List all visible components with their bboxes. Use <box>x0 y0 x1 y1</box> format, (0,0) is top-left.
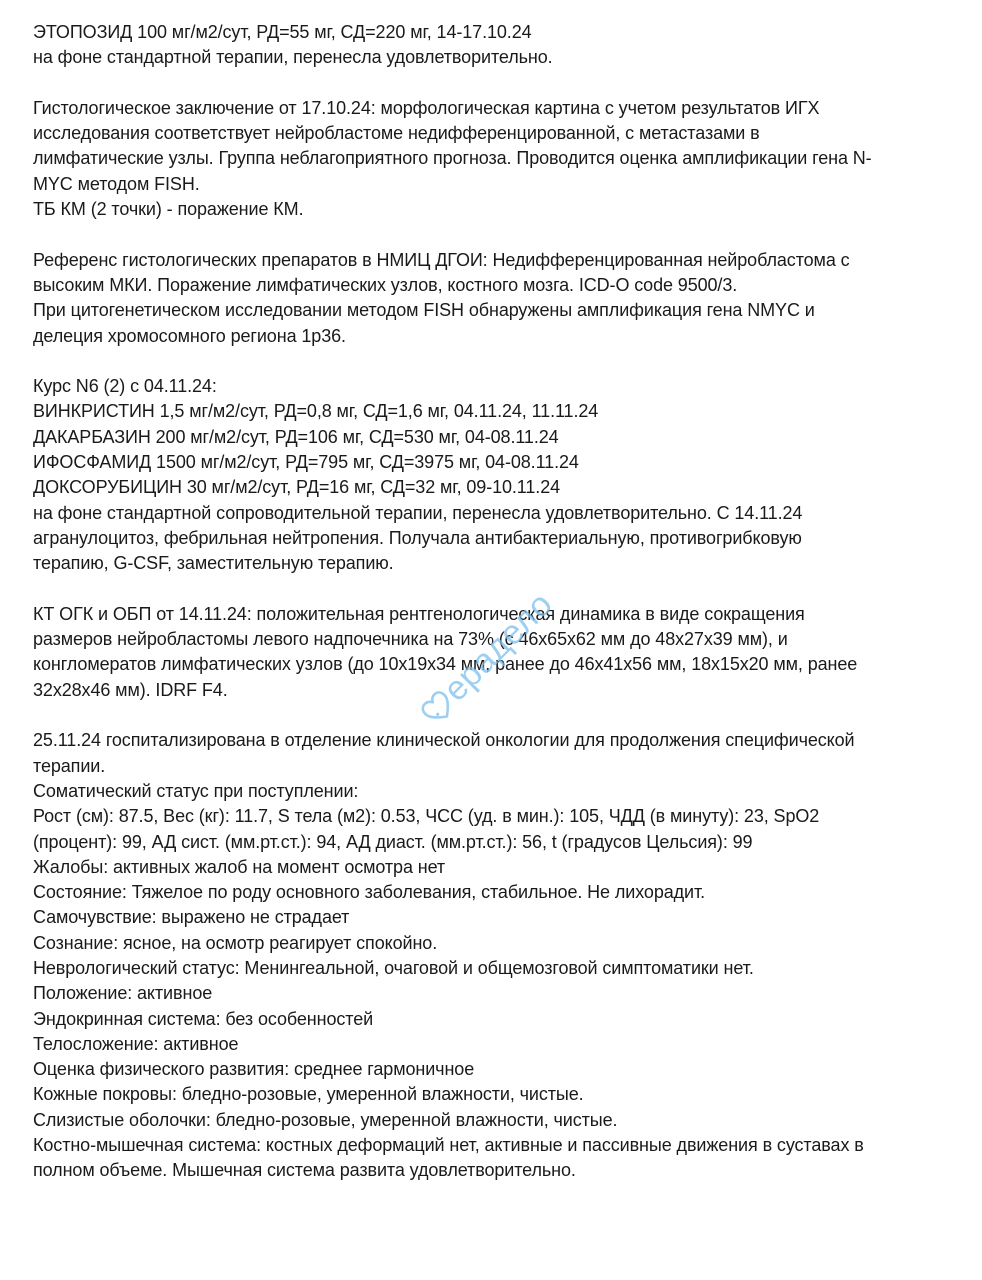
text-line: ЭТОПОЗИД 100 мг/м2/сут, РД=55 мг, СД=220… <box>33 20 958 45</box>
text-line: Самочувствие: выражено не страдает <box>33 905 958 930</box>
blank-line <box>33 577 958 602</box>
text-line: 32х28х46 мм). IDRF F4. <box>33 678 958 703</box>
text-line: ТБ КМ (2 точки) - поражение КМ. <box>33 197 958 222</box>
text-line: ВИНКРИСТИН 1,5 мг/м2/сут, РД=0,8 мг, СД=… <box>33 399 958 424</box>
text-line: полном объеме. Мышечная система развита … <box>33 1158 958 1183</box>
text-line: ДАКАРБАЗИН 200 мг/м2/сут, РД=106 мг, СД=… <box>33 425 958 450</box>
text-line: Слизистые оболочки: бледно-розовые, умер… <box>33 1108 958 1133</box>
text-line: лимфатические узлы. Группа неблагоприятн… <box>33 146 958 171</box>
text-line: делеция хромосомного региона 1p36. <box>33 324 958 349</box>
text-line: КТ ОГК и ОБП от 14.11.24: положительная … <box>33 602 958 627</box>
text-line: Неврологический статус: Менингеальной, о… <box>33 956 958 981</box>
text-line: (процент): 99, АД сист. (мм.рт.ст.): 94,… <box>33 830 958 855</box>
text-line: терапии. <box>33 754 958 779</box>
text-line: исследования соответствует нейробластоме… <box>33 121 958 146</box>
text-line: Эндокринная система: без особенностей <box>33 1007 958 1032</box>
text-line: высоким МКИ. Поражение лимфатических узл… <box>33 273 958 298</box>
text-line: При цитогенетическом исследовании методо… <box>33 298 958 323</box>
text-line: ДОКСОРУБИЦИН 30 мг/м2/сут, РД=16 мг, СД=… <box>33 475 958 500</box>
blank-line <box>33 349 958 374</box>
text-line: Оценка физического развития: среднее гар… <box>33 1057 958 1082</box>
text-line: MYC методом FISH. <box>33 172 958 197</box>
text-line: конгломератов лимфатических узлов (до 10… <box>33 652 958 677</box>
text-line: Соматический статус при поступлении: <box>33 779 958 804</box>
medical-record-document: ЭТОПОЗИД 100 мг/м2/сут, РД=55 мг, СД=220… <box>33 20 958 1184</box>
text-line: Кожные покровы: бледно-розовые, умеренно… <box>33 1082 958 1107</box>
text-line: размеров нейробластомы левого надпочечни… <box>33 627 958 652</box>
text-line: Состояние: Тяжелое по роду основного заб… <box>33 880 958 905</box>
text-line: агранулоцитоз, фебрильная нейтропения. П… <box>33 526 958 551</box>
text-line: на фоне стандартной сопроводительной тер… <box>33 501 958 526</box>
text-line: Референс гистологических препаратов в НМ… <box>33 248 958 273</box>
blank-line <box>33 703 958 728</box>
text-line: Гистологическое заключение от 17.10.24: … <box>33 96 958 121</box>
text-line: Костно-мышечная система: костных деформа… <box>33 1133 958 1158</box>
text-line: Положение: активное <box>33 981 958 1006</box>
text-line: на фоне стандартной терапии, перенесла у… <box>33 45 958 70</box>
text-line: Рост (см): 87.5, Вес (кг): 11.7, S тела … <box>33 804 958 829</box>
text-line: Телосложение: активное <box>33 1032 958 1057</box>
text-line: ИФОСФАМИД 1500 мг/м2/сут, РД=795 мг, СД=… <box>33 450 958 475</box>
blank-line <box>33 222 958 247</box>
text-line: 25.11.24 госпитализирована в отделение к… <box>33 728 958 753</box>
text-line: Сознание: ясное, на осмотр реагирует спо… <box>33 931 958 956</box>
text-line: Курс N6 (2) с 04.11.24: <box>33 374 958 399</box>
text-line: терапию, G-CSF, заместительную терапию. <box>33 551 958 576</box>
blank-line <box>33 71 958 96</box>
text-line: Жалобы: активных жалоб на момент осмотра… <box>33 855 958 880</box>
